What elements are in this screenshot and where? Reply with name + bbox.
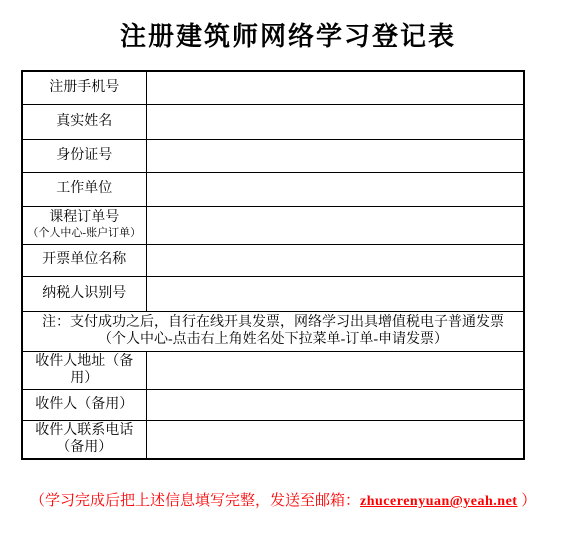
table-row: 课程订单号 （个人中心-账户订单） <box>22 206 524 244</box>
row-label-registered-mobile: 注册手机号 <box>22 71 146 104</box>
row-label-taxpayer-id: 纳税人识别号 <box>22 276 146 311</box>
value-cell-recipient-phone[interactable] <box>146 420 524 459</box>
footer-instruction-prefix: （学习完成后把上述信息填写完整，发送至邮箱： <box>30 493 360 509</box>
registration-form-table: 注册手机号 真实姓名 身份证号 工作单位 课程订单号 （个人中心-账户订单） 开… <box>21 70 525 460</box>
row-label-course-order-main: 课程订单号 <box>49 210 119 225</box>
table-row-note: 注：支付成功之后，自行在线开具发票，网络学习出具增值税电子普通发票 （个人中心-… <box>22 311 524 351</box>
value-cell-recipient-address[interactable] <box>146 351 524 389</box>
row-label-id-number: 身份证号 <box>22 139 146 172</box>
value-cell-real-name[interactable] <box>146 104 524 139</box>
table-row: 工作单位 <box>22 172 524 206</box>
row-label-recipient-address: 收件人地址（备用） <box>22 351 146 389</box>
form-title: 注册建筑师网络学习登记表 <box>0 16 576 53</box>
table-row: 收件人联系电话 （备用） <box>22 420 524 459</box>
table-row: 身份证号 <box>22 139 524 172</box>
invoice-note-line2: （个人中心-点击右上角姓名处下拉菜单-订单-申请发票） <box>98 332 448 347</box>
invoice-note-line1: 注：支付成功之后，自行在线开具发票，网络学习出具增值税电子普通发票 <box>42 315 504 330</box>
value-cell-work-unit[interactable] <box>146 172 524 206</box>
value-cell-id-number[interactable] <box>146 139 524 172</box>
row-label-recipient-phone-sub: （备用） <box>25 439 144 457</box>
table-row: 开票单位名称 <box>22 244 524 276</box>
footer-instruction: （学习完成后把上述信息填写完整，发送至邮箱：zhucerenyuan@yeah.… <box>30 489 570 510</box>
invoice-note: 注：支付成功之后，自行在线开具发票，网络学习出具增值税电子普通发票 （个人中心-… <box>22 311 524 351</box>
table-row: 真实姓名 <box>22 104 524 139</box>
footer-email-link[interactable]: zhucerenyuan@yeah.net <box>360 494 517 509</box>
value-cell-registered-mobile[interactable] <box>146 71 524 104</box>
value-cell-taxpayer-id[interactable] <box>146 276 524 311</box>
value-cell-invoice-unit[interactable] <box>146 244 524 276</box>
table-row: 收件人地址（备用） <box>22 351 524 389</box>
row-label-course-order-sub: （个人中心-账户订单） <box>25 227 144 241</box>
table-row: 注册手机号 <box>22 71 524 104</box>
row-label-recipient: 收件人（备用） <box>22 389 146 420</box>
table-row: 纳税人识别号 <box>22 276 524 311</box>
footer-instruction-suffix: ） <box>517 493 536 509</box>
document-page: 注册建筑师网络学习登记表 注册手机号 真实姓名 身份证号 工作单位 课程订单号 … <box>0 0 576 540</box>
row-label-course-order: 课程订单号 （个人中心-账户订单） <box>22 206 146 244</box>
row-label-real-name: 真实姓名 <box>22 104 146 139</box>
row-label-invoice-unit: 开票单位名称 <box>22 244 146 276</box>
row-label-work-unit: 工作单位 <box>22 172 146 206</box>
table-row: 收件人（备用） <box>22 389 524 420</box>
value-cell-recipient[interactable] <box>146 389 524 420</box>
row-label-recipient-phone: 收件人联系电话 （备用） <box>22 420 146 459</box>
value-cell-course-order[interactable] <box>146 206 524 244</box>
row-label-recipient-phone-main: 收件人联系电话 <box>35 423 133 438</box>
